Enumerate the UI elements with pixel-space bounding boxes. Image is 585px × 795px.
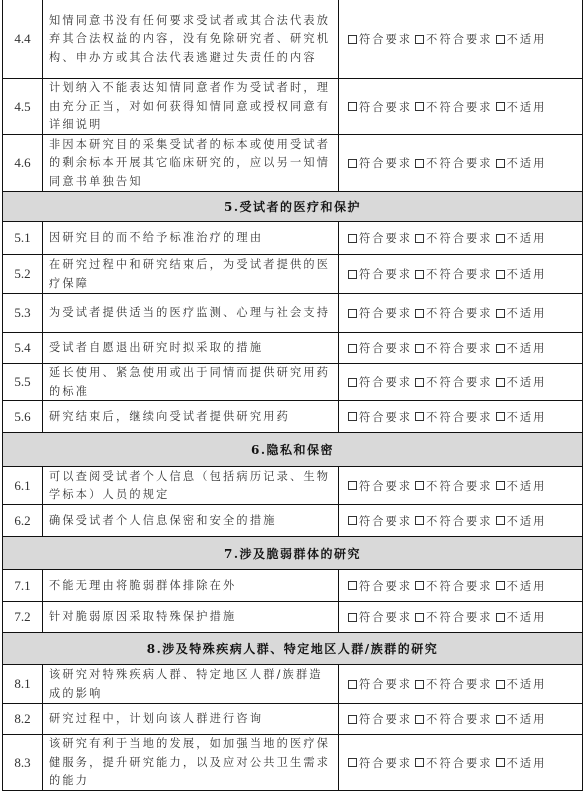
option-not-comply[interactable]: 不符合要求 [415,478,492,494]
checkbox-icon[interactable] [348,758,357,767]
option-label: 不符合要求 [426,755,492,771]
item-description: 研究过程中，计划向该人群进行咨询 [43,704,339,734]
checkbox-icon[interactable] [348,344,357,353]
option-label: 不适用 [507,305,547,321]
item-description: 因研究目的而不给予标准治疗的理由 [43,222,339,254]
checkbox-icon[interactable] [348,35,357,44]
section-title: 5.受试者的医疗和保护 [224,198,361,215]
option-label: 不符合要求 [426,513,492,529]
item-number: 4.5 [3,79,43,134]
checkbox-icon[interactable] [496,102,505,111]
checkbox-icon[interactable] [348,270,357,279]
checkbox-icon[interactable] [415,581,424,590]
option-comply[interactable]: 符合要求 [348,305,412,321]
item-number: 8.2 [3,704,43,734]
assessment-options: 符合要求 不符合要求 不适用 [340,570,582,601]
checkbox-icon[interactable] [415,35,424,44]
option-label: 不符合要求 [426,374,492,390]
assessment-options: 符合要求 不符合要求 不适用 [340,222,582,254]
option-label: 符合要求 [359,266,412,282]
option-label: 不符合要求 [426,409,492,425]
option-not-comply[interactable]: 不符合要求 [415,374,492,390]
option-label: 符合要求 [359,409,412,425]
option-label: 不适用 [507,31,547,47]
option-not-comply[interactable]: 不符合要求 [415,578,492,594]
checkbox-icon[interactable] [415,516,424,525]
option-label: 不符合要求 [426,266,492,282]
checkbox-icon[interactable] [415,758,424,767]
option-label: 符合要求 [359,305,412,321]
checkbox-icon[interactable] [348,680,357,689]
assessment-options: 符合要求 不符合要求 不适用 [340,735,582,790]
option-label: 不适用 [507,578,547,594]
option-label: 不符合要求 [426,609,492,625]
assessment-options: 符合要求 不符合要求 不适用 [340,401,582,432]
option-label: 不适用 [507,155,547,171]
option-not-comply[interactable]: 不符合要求 [415,340,492,356]
option-not-applicable[interactable]: 不适用 [496,409,547,425]
option-not-applicable[interactable]: 不适用 [496,155,547,171]
checklist-row: 8.2 研究过程中，计划向该人群进行咨询 符合要求 不符合要求 不适用 [2,704,583,735]
option-not-applicable[interactable]: 不适用 [496,230,547,246]
assessment-options: 符合要求 不符合要求 不适用 [340,333,582,363]
option-not-applicable[interactable]: 不适用 [496,513,547,529]
item-number: 5.5 [3,364,43,400]
option-label: 不适用 [507,478,547,494]
item-description: 研究结束后，继续向受试者提供研究用药 [43,401,339,432]
option-label: 符合要求 [359,340,412,356]
option-label: 不符合要求 [426,676,492,692]
option-label: 符合要求 [359,155,412,171]
option-label: 不适用 [507,711,547,727]
option-comply[interactable]: 符合要求 [348,409,412,425]
checkbox-icon[interactable] [496,35,505,44]
option-not-applicable[interactable]: 不适用 [496,711,547,727]
checklist-row: 5.6 研究结束后，继续向受试者提供研究用药 符合要求 不符合要求 不适用 [2,401,583,433]
checkbox-icon[interactable] [415,270,424,279]
checklist-row: 5.3 为受试者提供适当的医疗监测、心理与社会支持 符合要求 不符合要求 不适用 [2,294,583,333]
option-not-applicable[interactable]: 不适用 [496,374,547,390]
option-not-comply[interactable]: 不符合要求 [415,711,492,727]
item-number: 6.1 [3,467,43,504]
checkbox-icon[interactable] [496,516,505,525]
item-description: 针对脆弱原因采取特殊保护措施 [43,602,339,632]
checkbox-icon[interactable] [348,309,357,318]
option-label: 不符合要求 [426,711,492,727]
option-label: 符合要求 [359,578,412,594]
option-not-comply[interactable]: 不符合要求 [415,609,492,625]
checkbox-icon[interactable] [415,715,424,724]
option-comply[interactable]: 符合要求 [348,755,412,771]
item-description: 可以查阅受试者个人信息（包括病历记录、生物学标本）人员的规定 [43,467,339,504]
item-number: 5.4 [3,333,43,363]
assessment-options: 符合要求 不符合要求 不适用 [340,79,582,134]
item-description: 知情同意书没有任何要求受试者或其合法代表放弃其合法权益的内容，没有免除研究者、研… [43,0,339,78]
assessment-options: 符合要求 不符合要求 不适用 [340,467,582,504]
option-comply[interactable]: 符合要求 [348,478,412,494]
item-number: 4.4 [3,0,43,78]
checkbox-icon[interactable] [496,715,505,724]
option-not-comply[interactable]: 不符合要求 [415,155,492,171]
option-not-comply[interactable]: 不符合要求 [415,676,492,692]
item-number: 8.3 [3,735,43,790]
option-label: 不符合要求 [426,578,492,594]
checkbox-icon[interactable] [348,516,357,525]
checklist-row: 7.1 不能无理由将脆弱群体排除在外 符合要求 不符合要求 不适用 [2,570,583,602]
checkbox-icon[interactable] [348,378,357,387]
item-description: 该研究对特殊疾病人群、特定地区人群/族群造成的影响 [43,665,339,703]
option-comply[interactable]: 符合要求 [348,155,412,171]
checkbox-icon[interactable] [348,102,357,111]
item-description: 该研究有利于当地的发展，如加强当地的医疗保健服务，提升研究能力，以及应对公共卫生… [43,735,339,790]
section-header: 6.隐私和保密 [2,433,583,467]
option-label: 不适用 [507,513,547,529]
checkbox-icon[interactable] [496,758,505,767]
checkbox-icon[interactable] [496,680,505,689]
checkbox-icon[interactable] [348,234,357,243]
checkbox-icon[interactable] [496,270,505,279]
section-title: 6.隐私和保密 [251,441,334,458]
checklist-row: 5.5 延长使用、紧急使用或出于同情而提供研究用药的标准 符合要求 不符合要求 … [2,364,583,401]
option-not-applicable[interactable]: 不适用 [496,676,547,692]
option-label: 不符合要求 [426,340,492,356]
checkbox-icon[interactable] [415,159,424,168]
item-number: 5.3 [3,294,43,332]
assessment-options: 符合要求 不符合要求 不适用 [340,704,582,734]
option-not-applicable[interactable]: 不适用 [496,340,547,356]
option-label: 不符合要求 [426,230,492,246]
checkbox-icon[interactable] [496,412,505,421]
checkbox-icon[interactable] [348,581,357,590]
assessment-options: 符合要求 不符合要求 不适用 [340,505,582,536]
checklist-row: 4.5 计划纳入不能表达知情同意者作为受试者时，理由充分正当，对如何获得知情同意… [2,79,583,135]
checklist-row: 6.1 可以查阅受试者个人信息（包括病历记录、生物学标本）人员的规定 符合要求 … [2,467,583,505]
option-label: 符合要求 [359,31,412,47]
checklist-row: 5.4 受试者自愿退出研究时拟采取的措施 符合要求 不符合要求 不适用 [2,333,583,364]
checkbox-icon[interactable] [348,715,357,724]
checkbox-icon[interactable] [415,680,424,689]
option-comply[interactable]: 符合要求 [348,513,412,529]
option-label: 不符合要求 [426,305,492,321]
option-label: 不符合要求 [426,31,492,47]
checkbox-icon[interactable] [348,159,357,168]
option-label: 不符合要求 [426,478,492,494]
option-not-comply[interactable]: 不符合要求 [415,31,492,47]
checklist-row: 8.3 该研究有利于当地的发展，如加强当地的医疗保健服务，提升研究能力，以及应对… [2,735,583,791]
section-header: 5.受试者的医疗和保护 [2,192,583,222]
checkbox-icon[interactable] [348,613,357,622]
assessment-options: 符合要求 不符合要求 不适用 [340,602,582,632]
item-number: 6.2 [3,505,43,536]
checkbox-icon[interactable] [496,581,505,590]
option-label: 不适用 [507,609,547,625]
checkbox-icon[interactable] [496,159,505,168]
option-comply[interactable]: 符合要求 [348,374,412,390]
checklist-row: 8.1 该研究对特殊疾病人群、特定地区人群/族群造成的影响 符合要求 不符合要求… [2,665,583,704]
assessment-options: 符合要求 不符合要求 不适用 [340,0,582,78]
option-label: 符合要求 [359,478,412,494]
checkbox-icon[interactable] [348,481,357,490]
option-not-comply[interactable]: 不符合要求 [415,513,492,529]
item-description: 延长使用、紧急使用或出于同情而提供研究用药的标准 [43,364,339,400]
option-comply[interactable]: 符合要求 [348,676,412,692]
option-comply[interactable]: 符合要求 [348,31,412,47]
item-description: 受试者自愿退出研究时拟采取的措施 [43,333,339,363]
item-number: 4.6 [3,135,43,191]
item-description: 计划纳入不能表达知情同意者作为受试者时，理由充分正当，对如何获得知情同意或授权同… [43,79,339,134]
option-label: 不适用 [507,230,547,246]
checklist-row: 5.1 因研究目的而不给予标准治疗的理由 符合要求 不符合要求 不适用 [2,222,583,255]
option-label: 符合要求 [359,609,412,625]
option-comply[interactable]: 符合要求 [348,99,412,115]
option-not-comply[interactable]: 不符合要求 [415,409,492,425]
option-not-comply[interactable]: 不符合要求 [415,230,492,246]
option-not-applicable[interactable]: 不适用 [496,755,547,771]
option-label: 不适用 [507,99,547,115]
checklist-row: 4.4 知情同意书没有任何要求受试者或其合法代表放弃其合法权益的内容，没有免除研… [2,0,583,79]
checkbox-icon[interactable] [496,481,505,490]
checklist-row: 6.2 确保受试者个人信息保密和安全的措施 符合要求 不符合要求 不适用 [2,505,583,537]
option-comply[interactable]: 符合要求 [348,711,412,727]
option-not-applicable[interactable]: 不适用 [496,478,547,494]
checkbox-icon[interactable] [348,412,357,421]
option-comply[interactable]: 符合要求 [348,266,412,282]
item-number: 7.1 [3,570,43,601]
checkbox-icon[interactable] [415,344,424,353]
checkbox-icon[interactable] [415,309,424,318]
item-description: 非因本研究目的采集受试者的标本或使用受试者的剩余标本开展其它临床研究的，应以另一… [43,135,339,191]
checkbox-icon[interactable] [496,378,505,387]
option-label: 符合要求 [359,99,412,115]
option-not-comply[interactable]: 不符合要求 [415,755,492,771]
option-label: 不适用 [507,409,547,425]
section-header: 8.涉及特殊疾病人群、特定地区人群/族群的研究 [2,633,583,665]
checkbox-icon[interactable] [415,613,424,622]
item-description: 在研究过程中和研究结束后，为受试者提供的医疗保障 [43,255,339,293]
checkbox-icon[interactable] [496,613,505,622]
option-not-applicable[interactable]: 不适用 [496,31,547,47]
assessment-options: 符合要求 不符合要求 不适用 [340,294,582,332]
option-label: 不适用 [507,266,547,282]
option-comply[interactable]: 符合要求 [348,340,412,356]
section-title: 7.涉及脆弱群体的研究 [224,545,361,562]
item-number: 8.1 [3,665,43,703]
checkbox-icon[interactable] [415,102,424,111]
checkbox-icon[interactable] [496,309,505,318]
checkbox-icon[interactable] [415,412,424,421]
checkbox-icon[interactable] [496,344,505,353]
assessment-options: 符合要求 不符合要求 不适用 [340,665,582,703]
checkbox-icon[interactable] [415,234,424,243]
item-description: 确保受试者个人信息保密和安全的措施 [43,505,339,536]
option-label: 符合要求 [359,755,412,771]
checkbox-icon[interactable] [415,378,424,387]
item-description: 为受试者提供适当的医疗监测、心理与社会支持 [43,294,339,332]
item-number: 5.1 [3,222,43,254]
item-number: 5.2 [3,255,43,293]
item-number: 5.6 [3,401,43,432]
option-not-applicable[interactable]: 不适用 [496,609,547,625]
option-not-applicable[interactable]: 不适用 [496,305,547,321]
option-not-comply[interactable]: 不符合要求 [415,305,492,321]
option-comply[interactable]: 符合要求 [348,578,412,594]
option-label: 符合要求 [359,676,412,692]
section-header: 7.涉及脆弱群体的研究 [2,537,583,570]
option-not-applicable[interactable]: 不适用 [496,578,547,594]
checkbox-icon[interactable] [415,481,424,490]
option-label: 不适用 [507,755,547,771]
assessment-options: 符合要求 不符合要求 不适用 [340,135,582,191]
checklist-row: 5.2 在研究过程中和研究结束后，为受试者提供的医疗保障 符合要求 不符合要求 … [2,255,583,294]
option-label: 不适用 [507,340,547,356]
option-label: 符合要求 [359,230,412,246]
option-label: 不适用 [507,676,547,692]
checklist-row: 7.2 针对脆弱原因采取特殊保护措施 符合要求 不符合要求 不适用 [2,602,583,633]
option-not-applicable[interactable]: 不适用 [496,99,547,115]
option-not-comply[interactable]: 不符合要求 [415,266,492,282]
option-label: 符合要求 [359,711,412,727]
option-not-comply[interactable]: 不符合要求 [415,99,492,115]
option-label: 符合要求 [359,513,412,529]
item-number: 7.2 [3,602,43,632]
option-label: 不适用 [507,374,547,390]
assessment-options: 符合要求 不符合要求 不适用 [340,255,582,293]
checkbox-icon[interactable] [496,234,505,243]
option-label: 不符合要求 [426,155,492,171]
assessment-options: 符合要求 不符合要求 不适用 [340,364,582,400]
option-label: 符合要求 [359,374,412,390]
item-description: 不能无理由将脆弱群体排除在外 [43,570,339,601]
option-comply[interactable]: 符合要求 [348,609,412,625]
option-comply[interactable]: 符合要求 [348,230,412,246]
option-not-applicable[interactable]: 不适用 [496,266,547,282]
checklist-row: 4.6 非因本研究目的采集受试者的标本或使用受试者的剩余标本开展其它临床研究的，… [2,135,583,192]
section-title: 8.涉及特殊疾病人群、特定地区人群/族群的研究 [147,640,438,657]
option-label: 不符合要求 [426,99,492,115]
